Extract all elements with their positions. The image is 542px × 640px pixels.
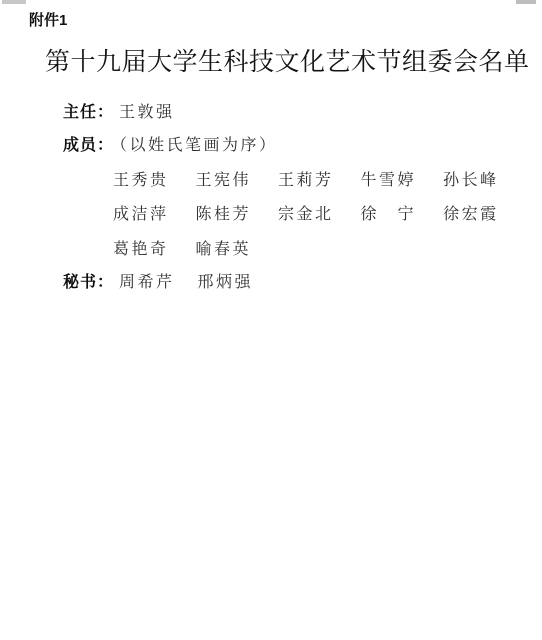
member-name: 宗金北 <box>278 201 334 224</box>
member-name: 徐 宁 <box>361 201 417 224</box>
attachment-label: 附件1 <box>29 9 67 30</box>
secretary-name: 邢炳强 <box>198 269 254 292</box>
member-name: 葛艳奇 <box>113 236 169 259</box>
secretary-name: 周希芹 <box>119 269 175 292</box>
member-name: 孙长峰 <box>443 167 499 190</box>
member-name: 王莉芳 <box>278 167 334 190</box>
document-page: 附件1 第十九届大学生科技文化艺术节组委会名单 主任：王敦强 成员：（以姓氏笔画… <box>0 0 542 640</box>
members-row-1: 王秀贵王宪伟王莉芳牛雪婷孙长峰 <box>113 167 499 190</box>
director-label: 主任： <box>63 104 114 121</box>
top-left-ui-fragment <box>2 0 26 4</box>
secretary-line: 秘书：周希芹邢炳强 <box>63 269 253 292</box>
members-row-2: 成洁萍陈桂芳宗金北徐 宁徐宏霞 <box>113 201 499 224</box>
members-row-3: 葛艳奇喻春英 <box>113 236 251 259</box>
member-name: 成洁萍 <box>113 201 169 224</box>
page-title: 第十九届大学生科技文化艺术节组委会名单 <box>45 42 530 78</box>
member-name: 陈桂芳 <box>196 201 252 224</box>
director-line: 主任：王敦强 <box>63 99 175 122</box>
member-name: 王宪伟 <box>196 167 252 190</box>
member-name: 牛雪婷 <box>361 167 417 190</box>
members-line: 成员：（以姓氏笔画为序） <box>63 132 278 155</box>
members-note: （以姓氏笔画为序） <box>119 137 278 154</box>
members-label: 成员： <box>63 137 114 154</box>
secretary-label: 秘书： <box>63 274 114 291</box>
director-name: 王敦强 <box>119 104 175 121</box>
member-name: 王秀贵 <box>113 167 169 190</box>
top-right-ui-fragment <box>516 0 536 4</box>
member-name: 喻春英 <box>196 236 252 259</box>
member-name: 徐宏霞 <box>443 201 499 224</box>
